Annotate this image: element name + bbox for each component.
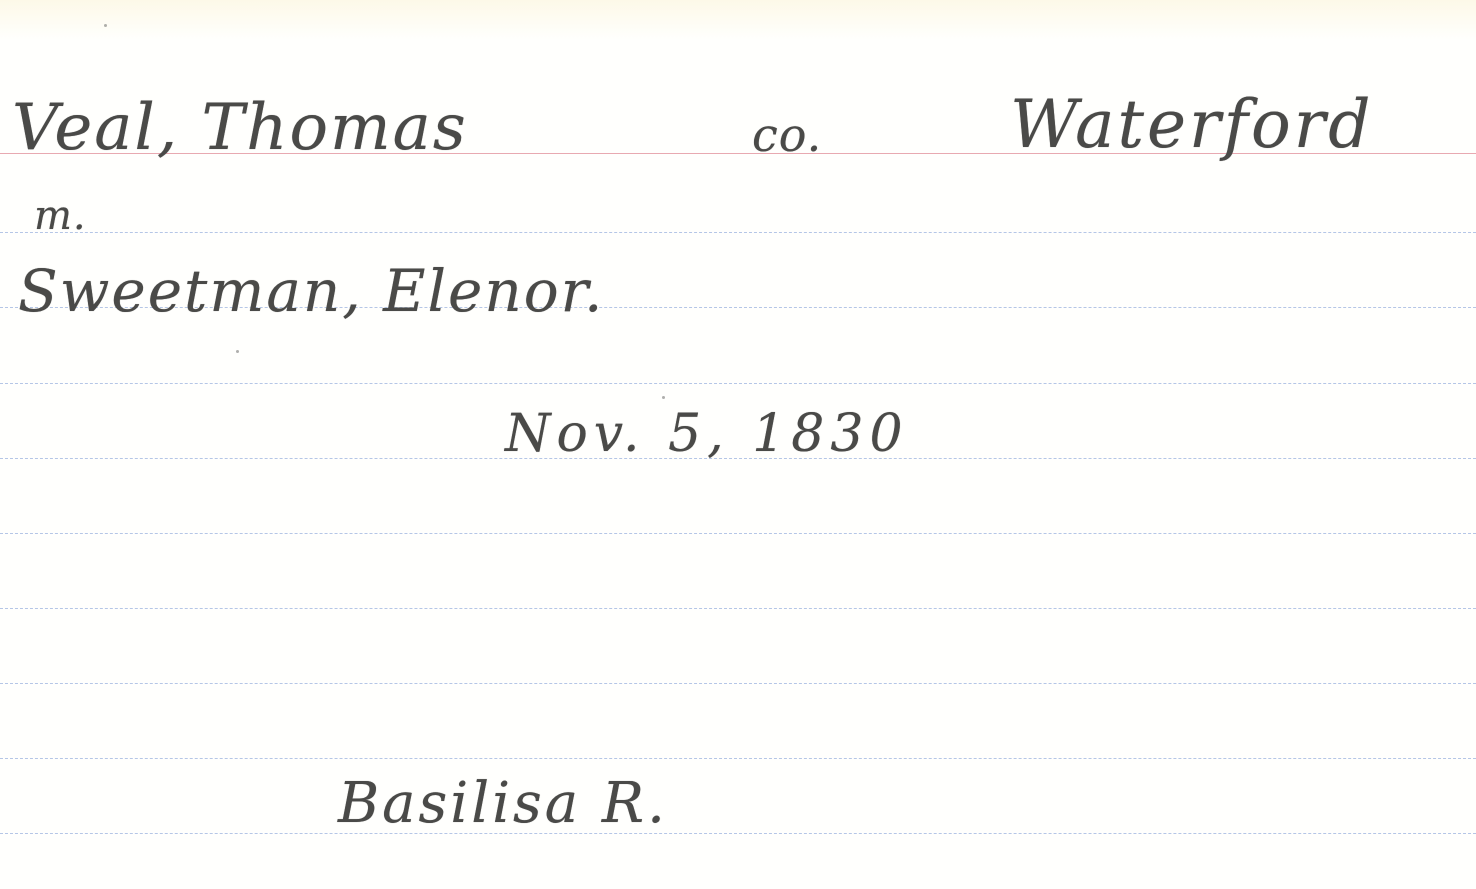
- paper-speck: [662, 396, 665, 399]
- paper-speck: [236, 350, 239, 353]
- county-label: co.: [752, 112, 822, 158]
- ruled-line: [0, 533, 1476, 534]
- ruled-line: [0, 383, 1476, 384]
- ruled-line: [0, 833, 1476, 834]
- county-value: Waterford: [1010, 92, 1374, 158]
- ruled-line: [0, 232, 1476, 233]
- ruled-line: [0, 683, 1476, 684]
- ruled-line: [0, 608, 1476, 609]
- groom-name: Veal, Thomas: [12, 96, 468, 160]
- recorder-signature: Basilisa R.: [338, 776, 668, 832]
- marriage-date: Nov. 5, 1830: [505, 408, 909, 460]
- married-abbrev: m.: [34, 196, 87, 236]
- paper-speck: [104, 24, 107, 27]
- ruled-line: [0, 758, 1476, 759]
- bride-name: Sweetman, Elenor.: [18, 262, 604, 320]
- index-card: Veal, Thomas co. Waterford m. Sweetman, …: [0, 0, 1476, 889]
